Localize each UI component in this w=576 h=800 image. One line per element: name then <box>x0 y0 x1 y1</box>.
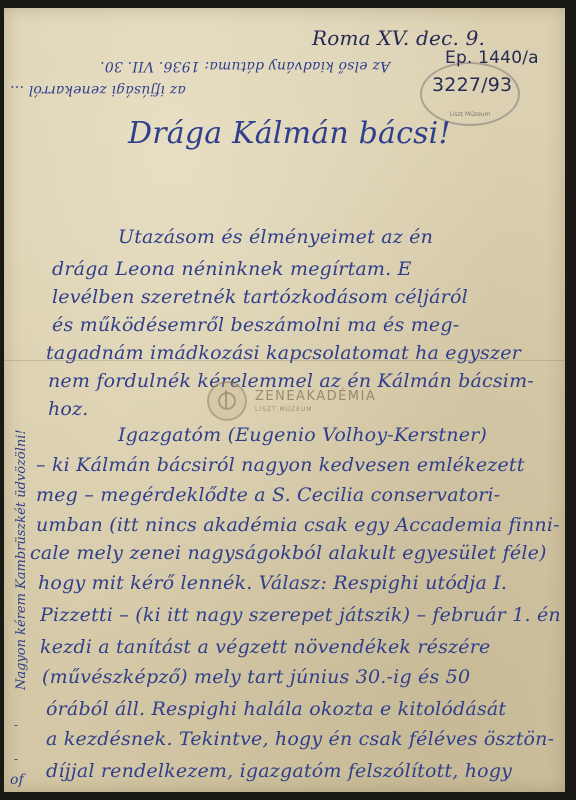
body-line: Pizzetti – (ki itt nagy szerepet játszik… <box>40 604 561 626</box>
watermark-title: ZENEAKADÉMIA <box>255 389 376 404</box>
body-line: tagadnám imádkozási kapcsolatomat ha egy… <box>46 342 521 364</box>
body-line: a kezdésnek. Tekintve, hogy én csak félé… <box>46 728 554 750</box>
watermark-subtitle: LISZT MÚZEUM <box>255 406 376 413</box>
margin-fragment: - <box>14 752 18 766</box>
body-line: órából áll. Respighi halála okozta e kit… <box>46 698 506 720</box>
upside-down-note-line1: Az első kiadvány dátuma: 1936. VII. 30. <box>100 58 390 74</box>
body-line: hogy mit kérő lennék. Válasz: Respighi u… <box>38 572 507 594</box>
zeneakademia-watermark: ZENEAKADÉMIA LISZT MÚZEUM <box>207 381 376 421</box>
archive-ref-2: 3227/93 <box>432 74 512 96</box>
body-line: díjjal rendelkezem, igazgatóm felszólíto… <box>46 760 512 782</box>
archive-ref-1: Ep. 1440/a <box>445 48 539 68</box>
body-line: meg – megérdeklődte a S. Cecilia conserv… <box>36 484 500 506</box>
body-line: – ki Kálmán bácsiról nagyon kedvesen eml… <box>36 454 525 476</box>
body-line: cale mely zenei nagyságokból alakult egy… <box>30 542 547 564</box>
margin-fragment: of <box>10 772 24 788</box>
margin-fragment: - <box>14 718 18 732</box>
body-line: Utazásom és élményeimet az én <box>118 226 433 248</box>
body-line: Igazgatóm (Eugenio Volhoy-Kerstner) <box>118 424 487 446</box>
body-line: levélben szeretnék tartózkodásom céljáró… <box>52 286 468 308</box>
body-line: umban (itt nincs akadémia csak egy Accad… <box>36 514 560 536</box>
place-date: Roma XV. dec. 9. <box>312 26 485 50</box>
body-line: kezdi a tanítást a végzett növendékek ré… <box>40 636 490 658</box>
margin-note-vertical: Nagyon kérem Kambrüszkét üdvözölni! <box>14 429 29 690</box>
body-line: és működésemről beszámolni ma és meg- <box>52 314 459 336</box>
zeneakademia-logo-icon <box>207 381 247 421</box>
salutation: Drága Kálmán bácsi! <box>128 116 451 151</box>
body-line: drága Leona néninknek megírtam. E <box>52 258 412 280</box>
upside-down-note-line2: az ifjúsági zenekarról ... <box>10 82 186 98</box>
body-line: hoz. <box>48 398 89 420</box>
body-line: (művészképző) mely tart június 30.-ig és… <box>42 666 470 688</box>
